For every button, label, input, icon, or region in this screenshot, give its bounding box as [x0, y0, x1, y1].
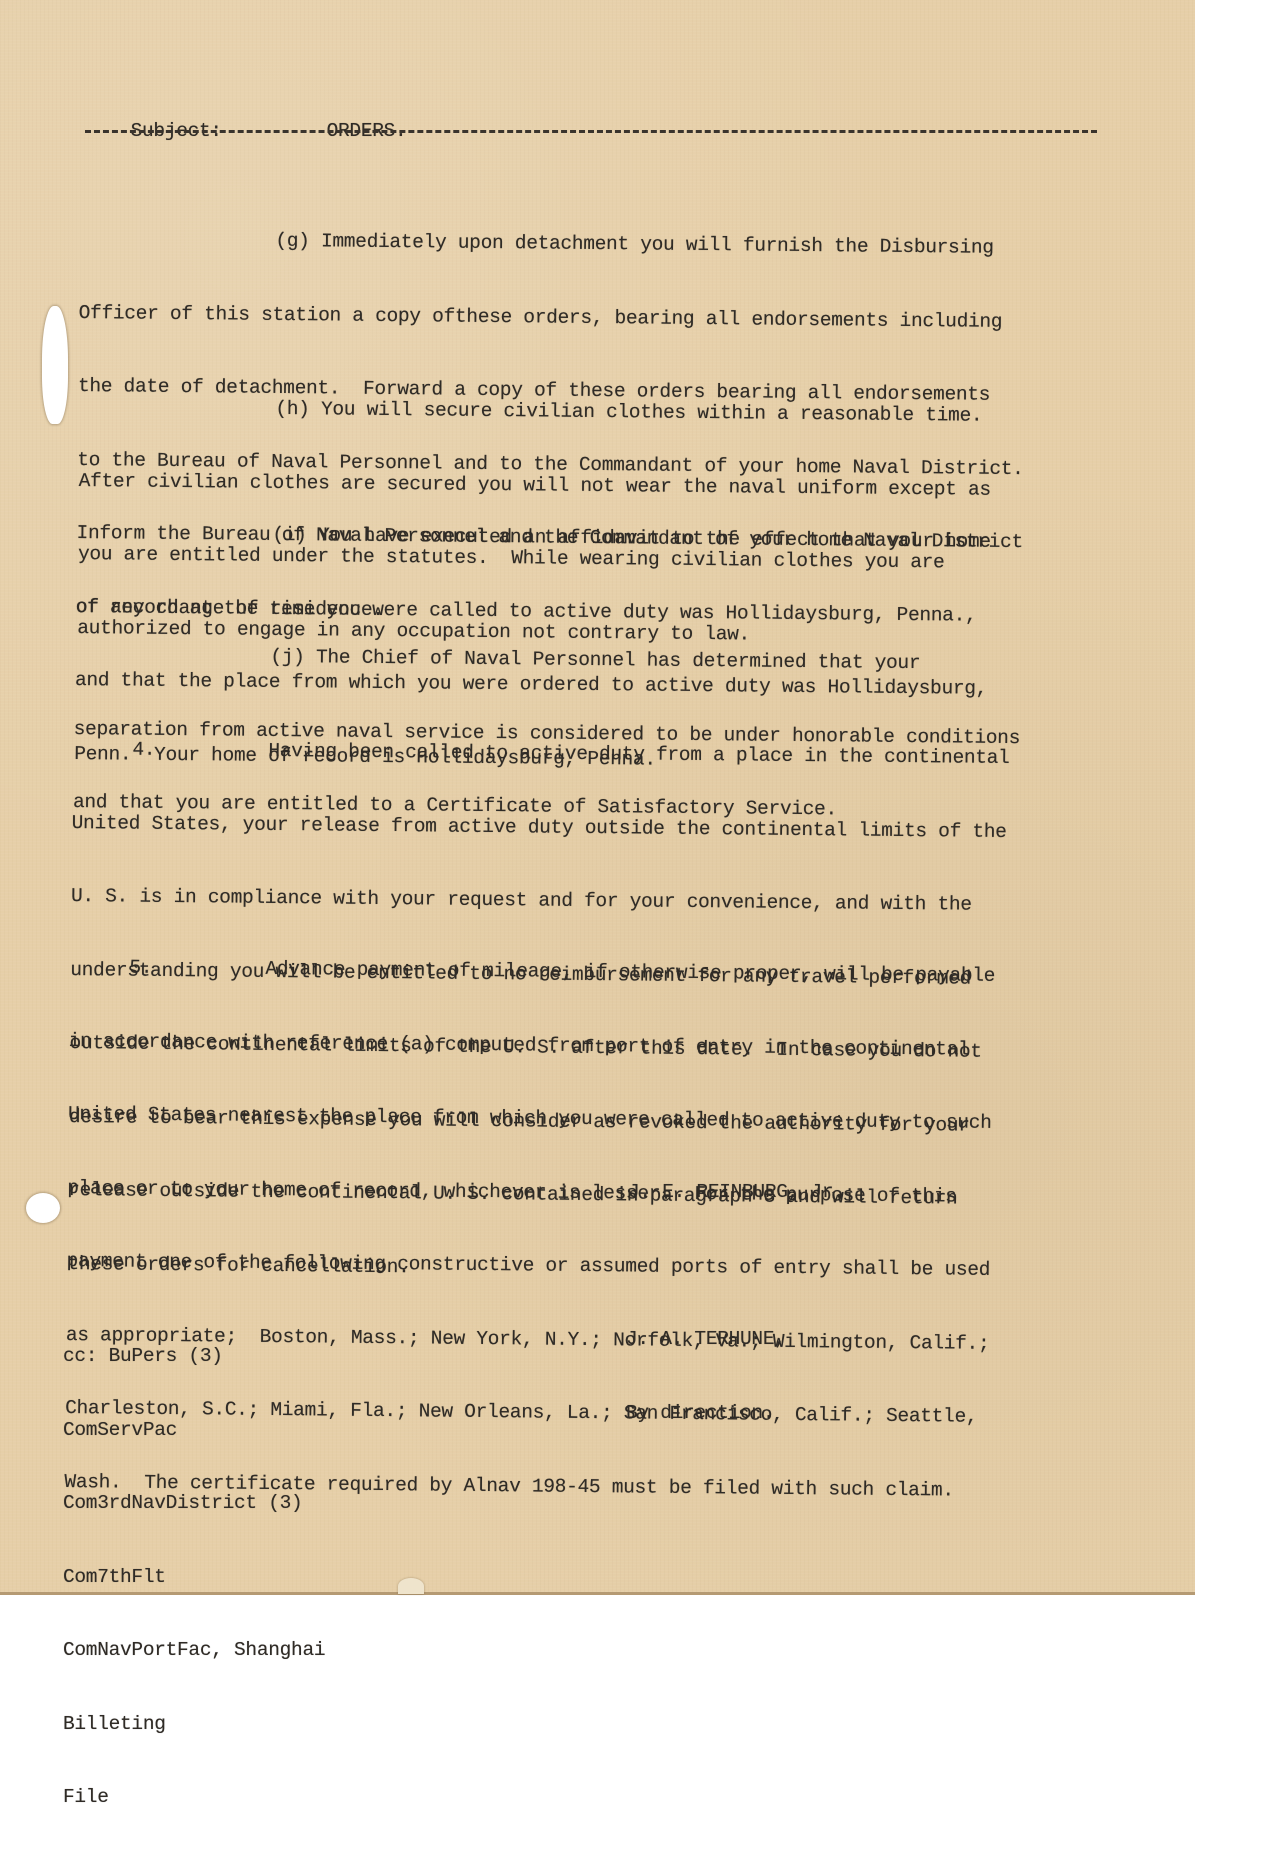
by-direction-name: J. A. TERHUNE, — [626, 1327, 786, 1352]
signer-name: J. E. REINBURG, Jr. — [628, 1180, 845, 1205]
dashed-divider — [85, 130, 1097, 133]
paragraph-line: (j) The Chief of Naval Personnel has det… — [74, 643, 1114, 677]
punch-hole — [26, 1193, 60, 1223]
paragraph-line: (h) You will secure civilian clothes wit… — [79, 395, 1119, 429]
paragraph-number: 5. — [69, 955, 189, 981]
paragraph-line: place or to your home of record, whichev… — [67, 1175, 1107, 1209]
cc-item: Com7thFlt — [63, 1565, 325, 1590]
paragraph-line: in accordance with reference (a) compute… — [69, 1028, 1109, 1062]
paragraph-line: (g) Immediately upon detachment you will… — [79, 227, 1119, 261]
cc-list: cc: BuPers (3) ComServPac Com3rdNavDistr… — [63, 1295, 325, 1600]
paragraph-line: United States nearest the place from whi… — [68, 1102, 1108, 1136]
cc-item: cc: BuPers (3) — [63, 1344, 325, 1369]
paragraph-line: United States, your release from active … — [72, 810, 1112, 844]
paragraph-line: (i) You have executed an affidavit to th… — [76, 521, 1116, 555]
punch-hole — [42, 306, 68, 424]
paragraph-number: 4. — [72, 737, 192, 763]
cc-item: ComServPac — [63, 1418, 325, 1443]
cc-item: Com3rdNavDistrict (3) — [63, 1491, 325, 1516]
by-direction-note: By direction. — [626, 1401, 786, 1426]
paragraph-line: Advance payment of mileage, if otherwise… — [189, 957, 995, 987]
paragraph-line: Officer of this station a copy ofthese o… — [79, 300, 1119, 334]
document-page: Subject:ORDERS. (g) Immediately upon det… — [0, 0, 1195, 1595]
paragraph-line: Having been called to active duty from a… — [192, 739, 1009, 769]
by-direction-block: J. A. TERHUNE, By direction. — [626, 1278, 786, 1474]
paper-tear — [398, 1578, 424, 1594]
paragraph-line: payment one of the following constructiv… — [66, 1249, 1106, 1283]
